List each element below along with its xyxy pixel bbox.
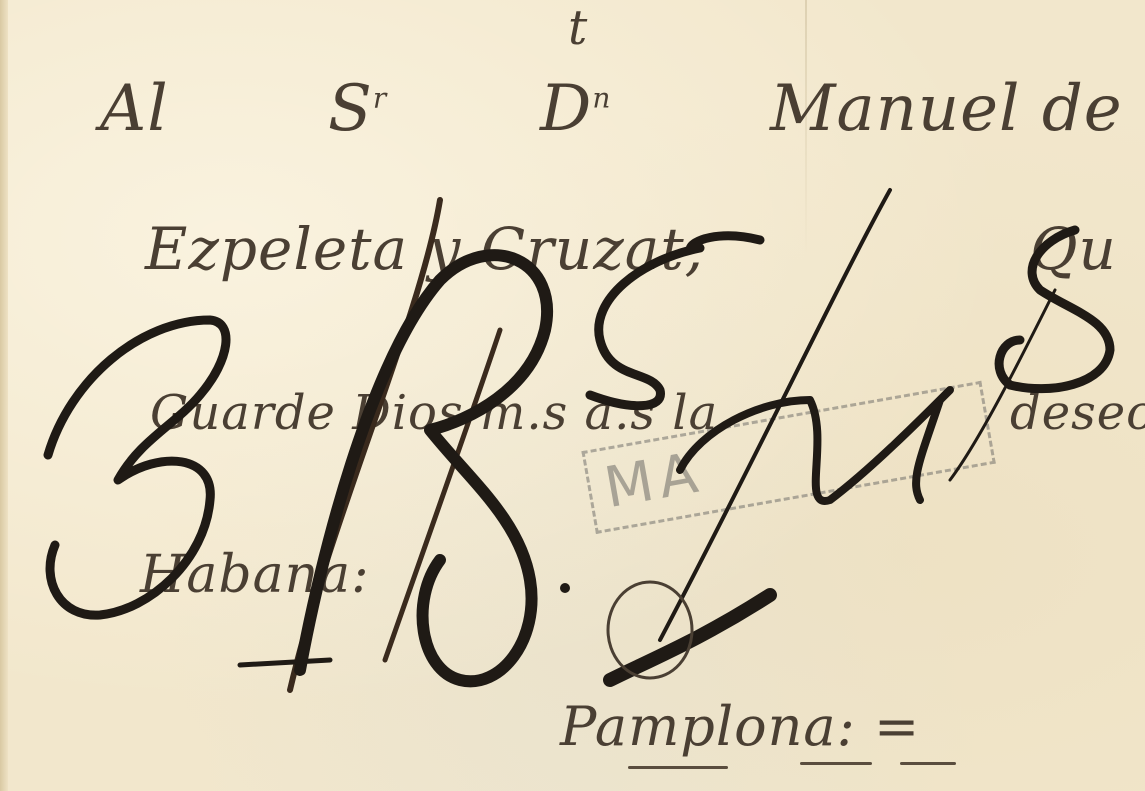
rate-mark-3: [48, 320, 226, 615]
letter-sheet: t Al Sr Dn Manuel de Ezpeleta y Cruzat, …: [0, 0, 1145, 791]
rate-mark-N: [680, 390, 950, 501]
rate-mark-R-bowl: [300, 255, 547, 681]
rate-mark-R-tail: [240, 660, 330, 665]
rate-marks: [0, 0, 1145, 791]
ink-dot: [560, 583, 570, 593]
rate-mark-slash: [660, 190, 890, 640]
rate-mark-5: [590, 236, 760, 406]
ink-blot: [610, 595, 770, 680]
